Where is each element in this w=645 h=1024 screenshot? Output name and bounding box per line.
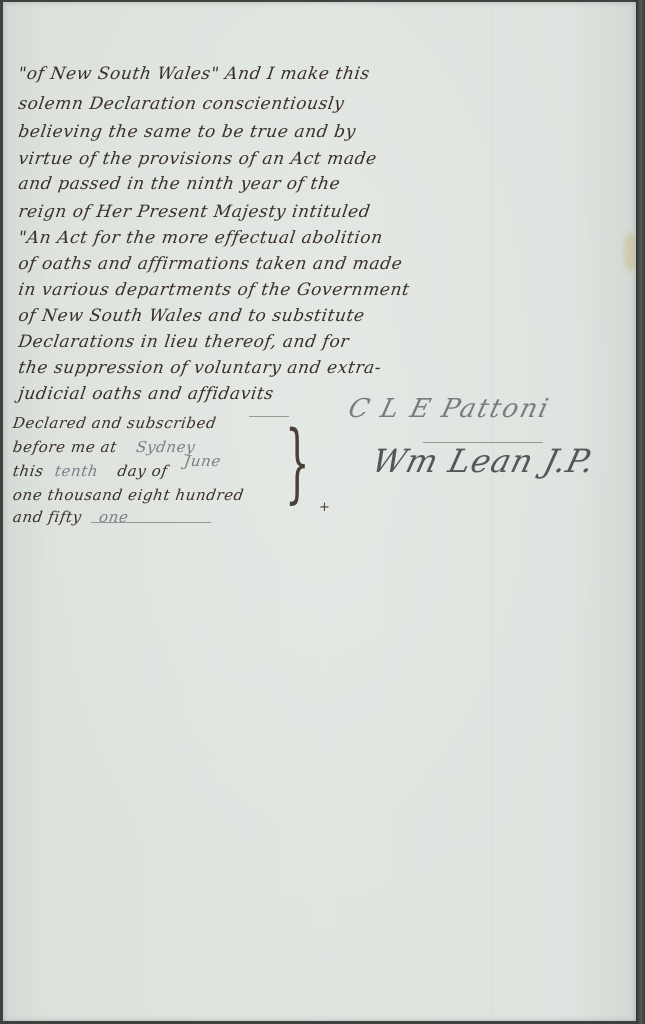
body-line-4: virtue of the provisions of an Act made [17,149,378,169]
scan-frame: "of New South Wales" And I make this sol… [0,0,645,1024]
jurat-month: June [183,452,222,470]
body-line-1: "of New South Wales" And I make this [17,64,371,84]
jurat-text: Declared and subscribed [12,414,218,432]
justice-signature: Wm Lean J.P. [368,442,599,480]
jurat-year: one [98,508,130,526]
paper-fold-line [491,2,493,1021]
body-line-5: and passed in the ninth year of the [17,174,342,194]
jurat-text: and fifty [12,508,83,526]
declarant-signature: C L E Pattoni [345,394,553,424]
right-brace: } [285,420,310,506]
underline-flourish [91,522,211,523]
terminal-mark: + [319,500,330,515]
body-line-12: the suppression of voluntary and extra- [17,358,383,378]
jurat-line-3: this tenth day of June [12,462,221,480]
body-line-10: of New South Wales and to substitute [17,306,366,326]
body-line-8: of oaths and affirmations taken and made [17,254,404,274]
document-page: "of New South Wales" And I make this sol… [3,2,636,1021]
jurat-line-1: Declared and subscribed [12,414,218,432]
jurat-day: tenth [54,462,100,480]
jurat-text: day of [116,462,169,480]
jurat-line-4: one thousand eight hundred [12,486,245,504]
jurat-line-2: before me at Sydney [12,438,197,456]
scan-edge [636,0,645,1024]
body-line-3: believing the same to be true and by [17,122,357,142]
body-line-6: reign of Her Present Majesty intituled [17,202,372,222]
body-line-7: "An Act for the more effectual abolition [17,228,384,248]
jurat-text: this [12,462,45,480]
underline-flourish [249,416,289,417]
jurat-text: before me at [12,438,118,456]
jurat-line-5: and fifty one [12,508,130,526]
paper-stain [624,232,636,272]
body-line-2: solemn Declaration conscientiously [17,94,346,114]
body-line-13: judicial oaths and affidavits [17,384,275,404]
jurat-text: one thousand eight hundred [12,486,245,504]
body-line-9: in various departments of the Government [17,280,411,300]
body-line-11: Declarations in lieu thereof, and for [17,332,350,352]
